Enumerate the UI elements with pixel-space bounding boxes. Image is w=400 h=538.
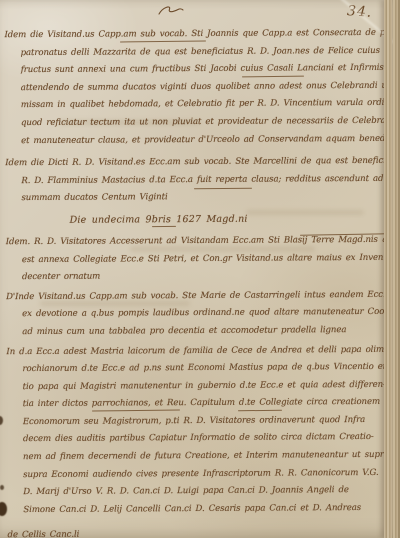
manuscript-line: missam in qualibet hebdomada, et Celebra… xyxy=(21,95,387,115)
manuscript-line: ex devotione a q.bus pompis laudibus ord… xyxy=(22,304,388,324)
manuscript-line: Economorum seu Magistrorum, p.ti R. D. V… xyxy=(23,412,389,432)
book-page-edge xyxy=(384,0,400,538)
paragraph-chapel-st-marie: D'Inde Visitand.us Capp.am sub vocab. St… xyxy=(6,287,388,342)
manuscript-line: Simone Can.ci D. Lelij Cancelli Can.ci D… xyxy=(23,500,389,520)
manuscript-line: nem ad finem decernendi de futura Creati… xyxy=(23,447,389,467)
manuscript-line: Idem die Dicti R. D. Visitand.es Ecc.am … xyxy=(5,153,387,173)
paragraph-church-st-blasij: Idem. R. D. Visitatores Accesserunt ad V… xyxy=(6,232,388,287)
ink-blot xyxy=(0,416,3,425)
manuscript-line: Idem die Visitand.us Capp.am sub vocab. … xyxy=(4,25,386,45)
manuscript-line: In d.a Ecc.a adest Mastria laicorum de f… xyxy=(6,341,388,361)
manuscript-text: Idem die Visitand.us Capp.am sub vocab. … xyxy=(4,25,389,538)
manuscript-line: summam ducatos Centum Viginti xyxy=(21,188,387,208)
manuscript-line: D'Inde Visitand.us Capp.am sub vocab. St… xyxy=(6,287,388,307)
manuscript-line: fructus sunt annexi una cum fructibus St… xyxy=(21,60,387,80)
manuscript-line: quod reficiatur tectum ita ut non pluvia… xyxy=(21,113,387,133)
manuscript-line: decenter ornatum xyxy=(22,267,388,287)
date-line: Die undecima 9bris 1627 Magd.ni xyxy=(70,210,388,230)
paragraph-chapel-st-joannis: Idem die Visitand.us Capp.am sub vocab. … xyxy=(4,25,387,150)
manuscript-line: decem dies auditis partibus Capiatur Inf… xyxy=(23,429,389,449)
ink-flourish-icon xyxy=(158,2,184,21)
manuscript-line: patronatus delli Mazzarita de qua est be… xyxy=(21,42,387,62)
manuscript-line: est annexa Collegiate Ecc.e Sti Petri, e… xyxy=(22,249,388,269)
manuscript-line: attendendo de summa ducatos viginti duos… xyxy=(21,78,387,98)
manuscript-line-cutoff: de Cellis Canc.li xyxy=(7,525,389,538)
manuscript-line: D. Marij d'Urso V. R. D. Can.ci D. Luigi… xyxy=(23,482,389,502)
ink-blot xyxy=(0,502,7,516)
paragraph-mastria-laicorum: In d.a Ecc.a adest Mastria laicorum de f… xyxy=(6,341,389,538)
manuscript-line: tio papa qui Magistri manutenentur in gu… xyxy=(23,377,389,397)
manuscript-line: et manuteneatur clausa, et provideatur d… xyxy=(21,130,387,150)
manuscript-line: rochianorum d.te Ecc.e ad p.ns sunt Econ… xyxy=(22,359,388,379)
ink-blot xyxy=(0,485,4,490)
manuscript-line: tia inter dictos parrochianos, et Reu. C… xyxy=(23,394,389,414)
paragraph-church-st-marcellini: Idem die Dicti R. D. Visitand.es Ecc.am … xyxy=(5,153,387,208)
manuscript-line: supra Economi audiendo cives presente In… xyxy=(23,464,389,484)
manuscript-page: 34. Idem die Visitand.us Capp.am sub voc… xyxy=(0,0,400,538)
manuscript-line: ad minus cum una tabbalea pro decentia e… xyxy=(22,322,388,342)
